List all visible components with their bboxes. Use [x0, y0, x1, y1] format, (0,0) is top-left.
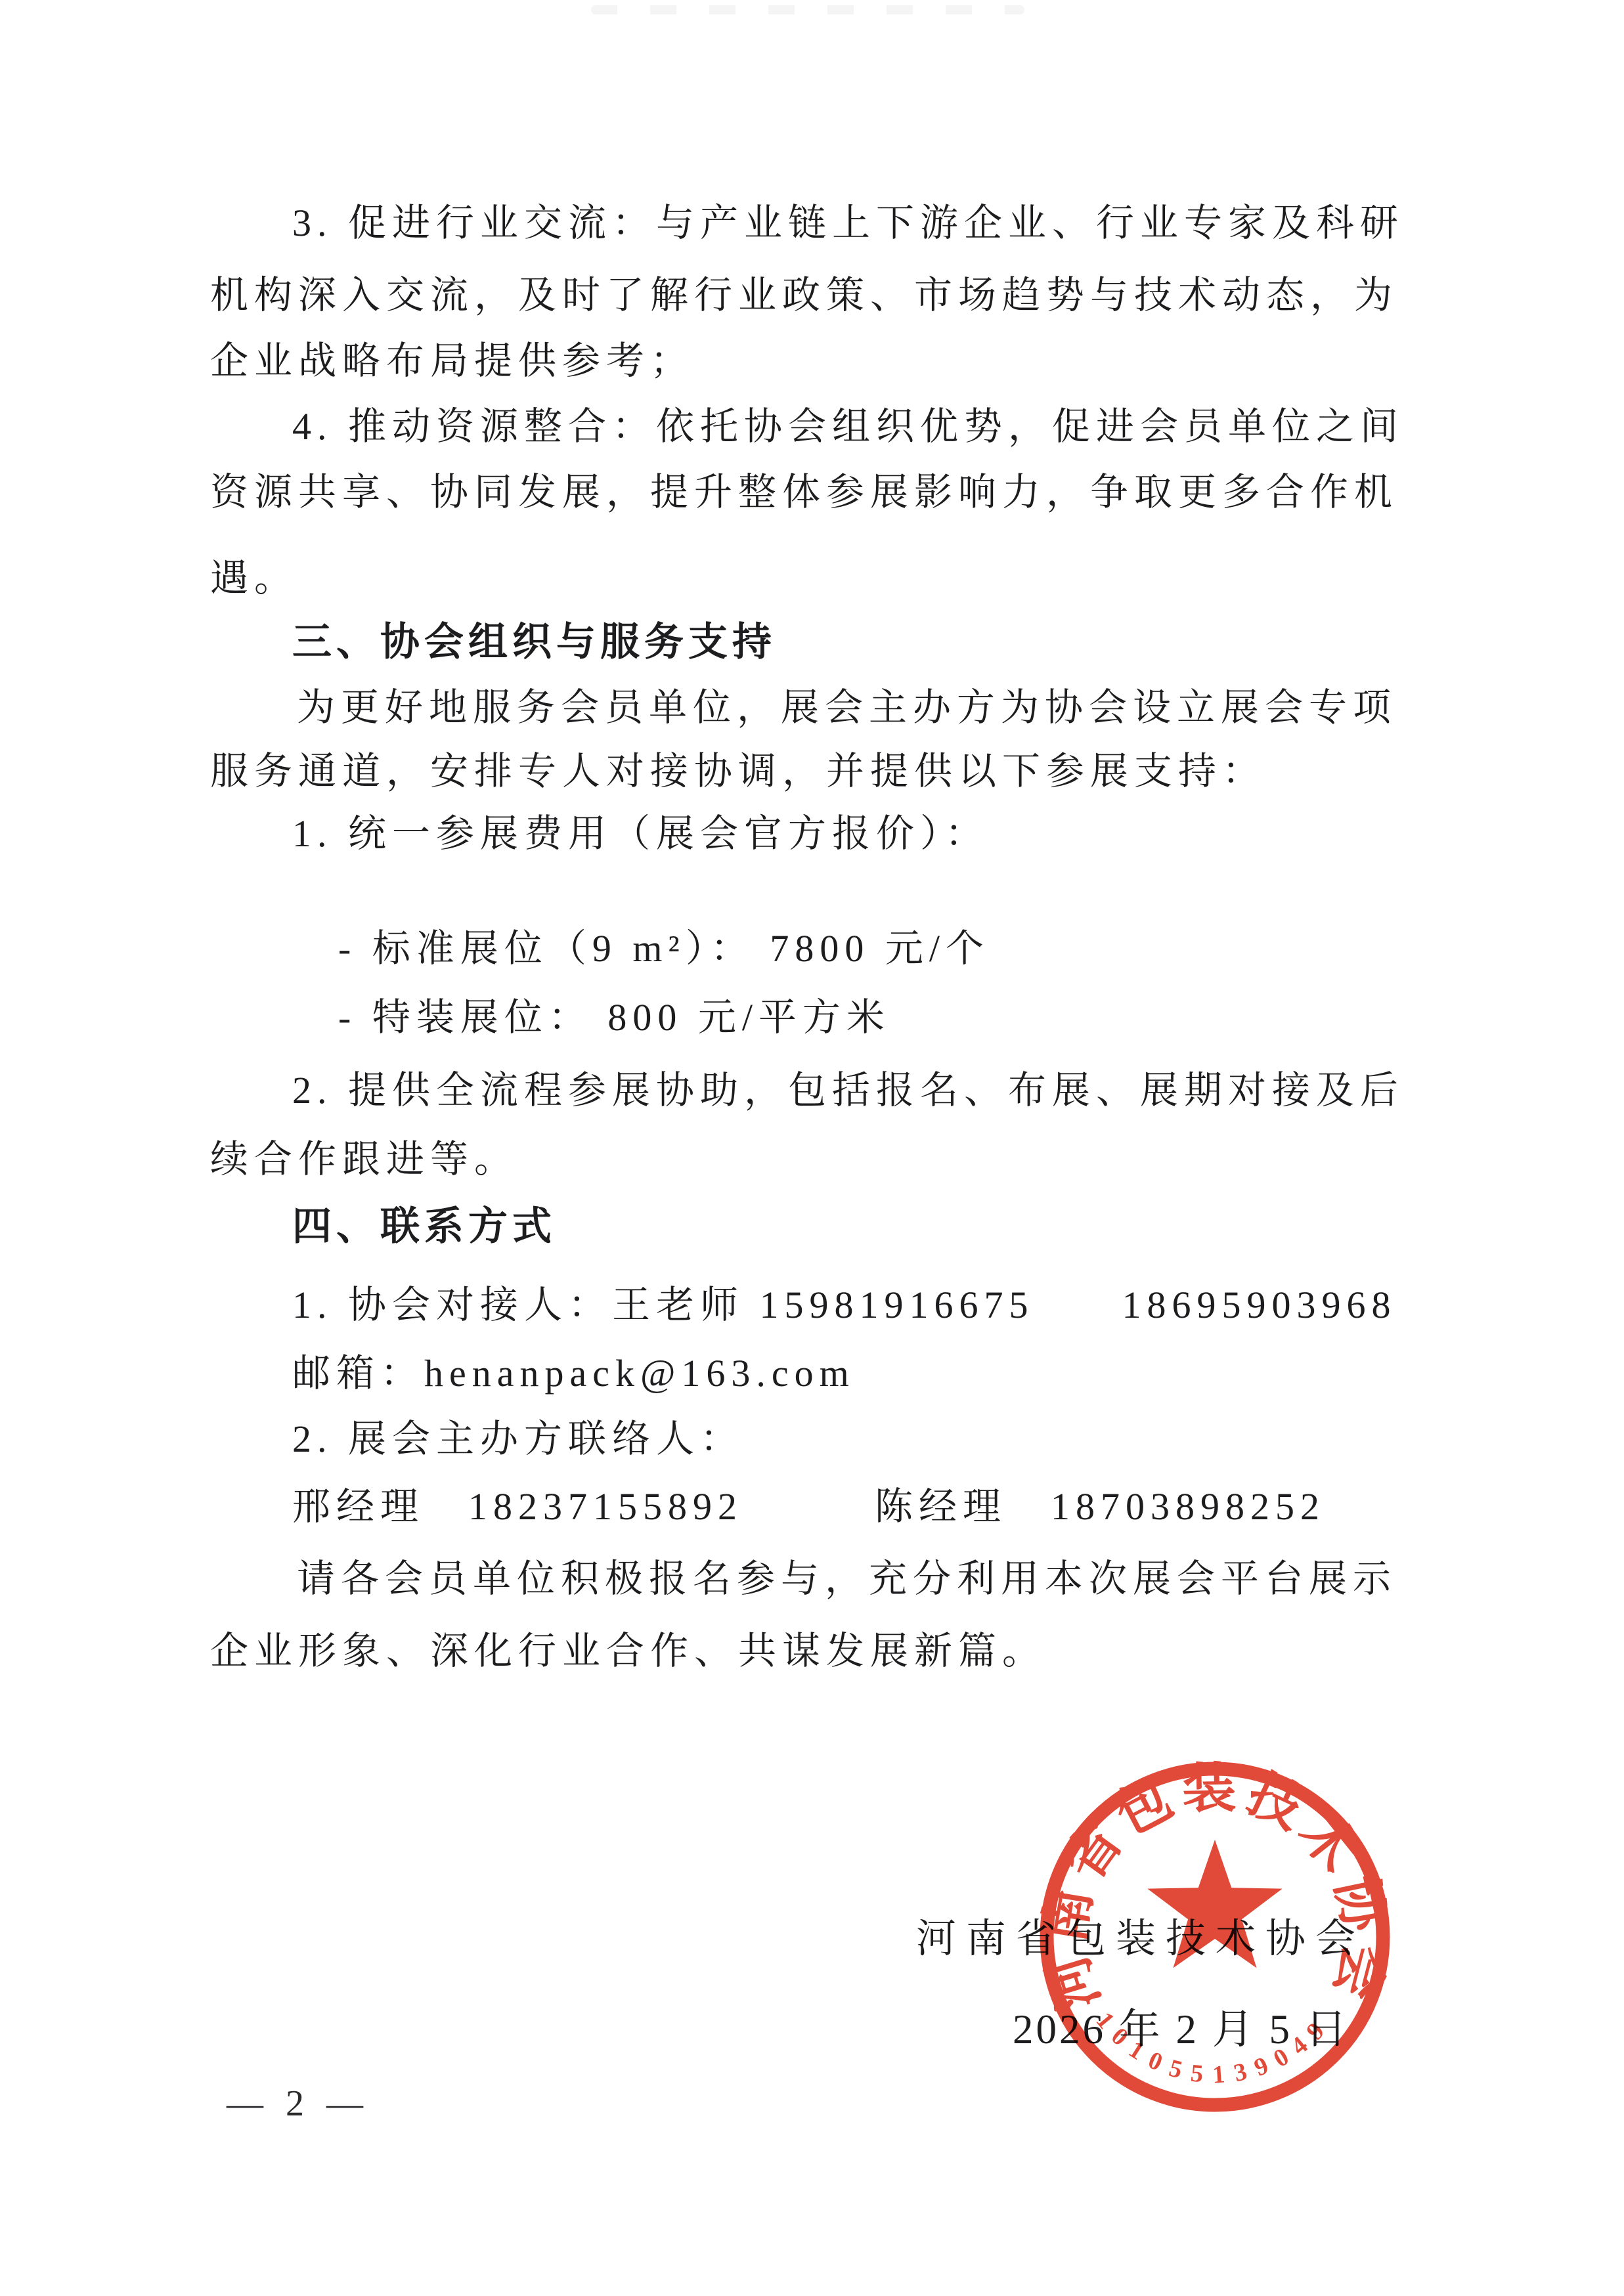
official-seal: 河南省包装技术协会 101055139049: [1011, 1733, 1418, 2140]
body-line: 2. 提供全流程参展协助，包括报名、布展、展期对接及后: [292, 1072, 1404, 1110]
body-line: 企业形象、深化行业合作、共谋发展新篇。: [210, 1632, 1046, 1670]
body-line: 资源共享、协同发展，提升整体参展影响力，争取更多合作机: [210, 473, 1398, 511]
body-line: 企业战略布局提供参考；: [210, 342, 694, 380]
body-line: 1. 统一参展费用（展会官方报价）：: [292, 815, 989, 853]
section-heading-3: 三、协会组织与服务支持: [292, 623, 776, 661]
contact-line-association: 1. 协会对接人：王老师 15981916675 18695903968: [292, 1286, 1397, 1324]
seal-star-icon: [1147, 1840, 1282, 1968]
price-line-custom-booth: - 特装展位： 800 元/平方米: [338, 999, 890, 1037]
contact-line-organizer-numbers: 邢经理 18237155892 陈经理 18703898252: [292, 1488, 1325, 1526]
body-line: 请各会员单位积极报名参与，充分利用本次展会平台展示: [297, 1560, 1397, 1598]
contact-line-email: 邮箱：henanpack@163.com: [292, 1354, 855, 1393]
body-line: 4. 推动资源整合：依托协会组织优势，促进会员单位之间: [292, 408, 1404, 446]
scan-artifact: [591, 5, 1024, 14]
price-line-standard-booth: - 标准展位（9 m²）： 7800 元/个: [338, 930, 990, 968]
body-line: 续合作跟进等。: [210, 1140, 518, 1179]
body-line: 3. 促进行业交流：与产业链上下游企业、行业专家及科研: [292, 204, 1404, 242]
section-heading-4: 四、联系方式: [292, 1207, 556, 1245]
document-page: 3. 促进行业交流：与产业链上下游企业、行业专家及科研 机构深入交流，及时了解行…: [0, 0, 1624, 2296]
page-number: — 2 —: [227, 2085, 370, 2123]
body-line: 为更好地服务会员单位，展会主办方为协会设立展会专项: [297, 689, 1397, 727]
body-line: 服务通道，安排专人对接协调，并提供以下参展支持：: [210, 752, 1266, 791]
contact-line-organizer-label: 2. 展会主办方联络人：: [292, 1420, 744, 1458]
body-line: 机构深入交流，及时了解行业政策、市场趋势与技术动态，为: [210, 276, 1398, 314]
body-line: 遇。: [210, 559, 298, 597]
